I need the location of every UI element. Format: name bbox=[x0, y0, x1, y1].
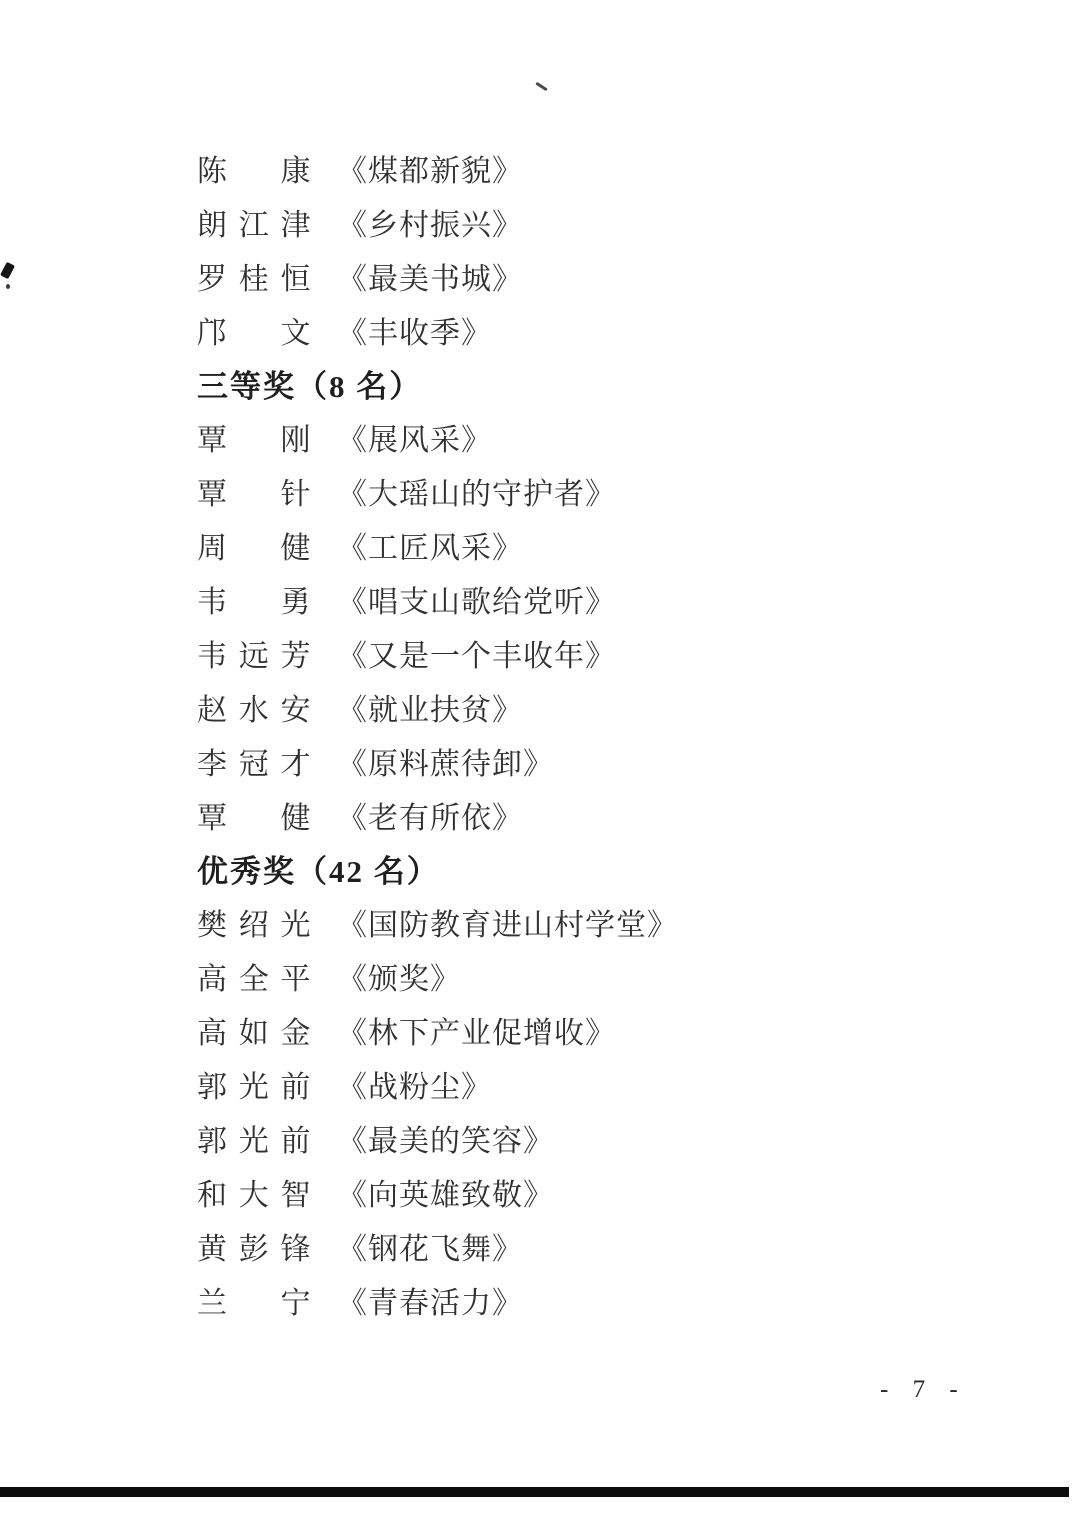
winner-name: 罗桂恒 bbox=[197, 254, 311, 298]
winner-name: 高如金 bbox=[197, 1008, 311, 1052]
winner-name: 覃 刚 bbox=[197, 415, 311, 459]
work-title: 《钢花飞舞》 bbox=[337, 1224, 523, 1268]
work-title: 《丰收季》 bbox=[337, 308, 492, 352]
award-list: 陈 康 《煤都新貌》 朗江津 《乡村振兴》 罗桂恒 《最美书城》 邝 文 《丰收… bbox=[197, 141, 977, 1327]
scanned-document-page: { "document": { "sections": [ { "entries… bbox=[0, 0, 1080, 1528]
award-entry: 高全平 《颁奖》 bbox=[197, 949, 977, 1003]
award-entry: 韦 勇 《唱支山歌给党听》 bbox=[197, 572, 977, 626]
award-entry: 邝 文 《丰收季》 bbox=[197, 303, 977, 357]
winner-name: 邝 文 bbox=[197, 308, 311, 352]
section-header-third-prize: 三等奖（8 名） bbox=[197, 357, 977, 411]
work-title: 《工匠风采》 bbox=[337, 523, 523, 567]
award-entry: 樊绍光 《国防教育进山村学堂》 bbox=[197, 895, 977, 949]
winner-name: 赵水安 bbox=[197, 685, 311, 729]
award-entry: 高如金 《林下产业促增收》 bbox=[197, 1003, 977, 1057]
winner-name: 兰 宁 bbox=[197, 1278, 311, 1322]
page-number: - 7 - bbox=[880, 1376, 967, 1404]
award-entry: 和大智 《向英雄致敬》 bbox=[197, 1165, 977, 1219]
scan-artifact-tick-mark bbox=[535, 82, 548, 92]
work-title: 《煤都新貌》 bbox=[337, 146, 523, 190]
winner-name: 覃 健 bbox=[197, 793, 311, 837]
work-title: 《大瑶山的守护者》 bbox=[337, 469, 616, 513]
award-entry: 黄彭锋 《钢花飞舞》 bbox=[197, 1219, 977, 1273]
winner-name: 黄彭锋 bbox=[197, 1224, 311, 1268]
award-entry: 郭光前 《最美的笑容》 bbox=[197, 1111, 977, 1165]
winner-name: 朗江津 bbox=[197, 200, 311, 244]
winner-name: 樊绍光 bbox=[197, 900, 311, 944]
work-title: 《唱支山歌给党听》 bbox=[337, 577, 616, 621]
scan-artifact-ink-blot bbox=[0, 262, 15, 279]
award-entry: 陈 康 《煤都新貌》 bbox=[197, 141, 977, 195]
award-entry: 李冠才 《原料蔗待卸》 bbox=[197, 734, 977, 788]
work-title: 《向英雄致敬》 bbox=[337, 1170, 554, 1214]
work-title: 《老有所依》 bbox=[337, 793, 523, 837]
work-title: 《颁奖》 bbox=[337, 954, 461, 998]
work-title: 《又是一个丰收年》 bbox=[337, 631, 616, 675]
work-title: 《就业扶贫》 bbox=[337, 685, 523, 729]
award-entry: 韦远芳 《又是一个丰收年》 bbox=[197, 626, 977, 680]
award-entry: 罗桂恒 《最美书城》 bbox=[197, 249, 977, 303]
work-title: 《原料蔗待卸》 bbox=[337, 739, 554, 783]
work-title: 《展风采》 bbox=[337, 415, 492, 459]
scan-artifact-ink-dot bbox=[6, 284, 10, 289]
winner-name: 陈 康 bbox=[197, 146, 311, 190]
winner-name: 郭光前 bbox=[197, 1062, 311, 1106]
work-title: 《最美的笑容》 bbox=[337, 1116, 554, 1160]
work-title: 《最美书城》 bbox=[337, 254, 523, 298]
scan-edge-bar bbox=[0, 1487, 1069, 1497]
winner-name: 和大智 bbox=[197, 1170, 311, 1214]
award-entry: 兰 宁 《青春活力》 bbox=[197, 1273, 977, 1327]
work-title: 《战粉尘》 bbox=[337, 1062, 492, 1106]
award-entry: 朗江津 《乡村振兴》 bbox=[197, 195, 977, 249]
award-entry: 赵水安 《就业扶贫》 bbox=[197, 680, 977, 734]
winner-name: 周 健 bbox=[197, 523, 311, 567]
winner-name: 郭光前 bbox=[197, 1116, 311, 1160]
award-entry: 覃 刚 《展风采》 bbox=[197, 410, 977, 464]
section-header-excellence-prize: 优秀奖（42 名） bbox=[197, 842, 977, 896]
work-title: 《乡村振兴》 bbox=[337, 200, 523, 244]
award-entry: 覃 健 《老有所依》 bbox=[197, 788, 977, 842]
winner-name: 李冠才 bbox=[197, 739, 311, 783]
winner-name: 韦远芳 bbox=[197, 631, 311, 675]
work-title: 《国防教育进山村学堂》 bbox=[337, 900, 678, 944]
award-entry: 周 健 《工匠风采》 bbox=[197, 518, 977, 572]
work-title: 《青春活力》 bbox=[337, 1278, 523, 1322]
winner-name: 高全平 bbox=[197, 954, 311, 998]
work-title: 《林下产业促增收》 bbox=[337, 1008, 616, 1052]
winner-name: 韦 勇 bbox=[197, 577, 311, 621]
award-entry: 郭光前 《战粉尘》 bbox=[197, 1057, 977, 1111]
award-entry: 覃 针 《大瑶山的守护者》 bbox=[197, 464, 977, 518]
winner-name: 覃 针 bbox=[197, 469, 311, 513]
